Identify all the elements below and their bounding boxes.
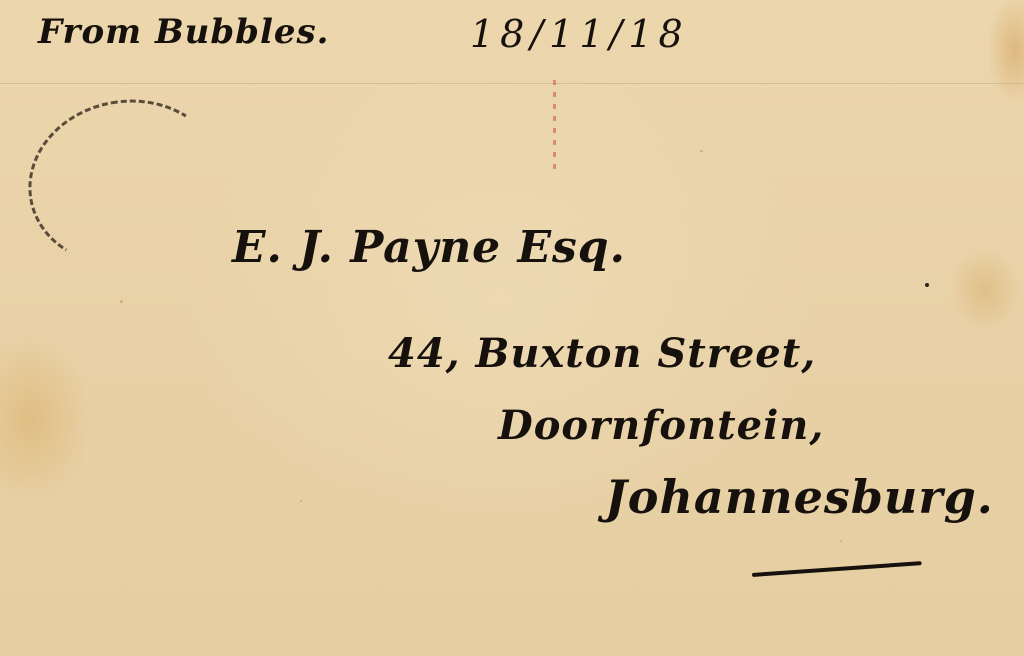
from-line: From Bubbles. xyxy=(38,12,329,52)
street-address: 44, Buxton Street, xyxy=(388,330,816,377)
suburb: Doornfontein, xyxy=(498,402,824,449)
recipient-name: E. J. Payne Esq. xyxy=(232,222,626,273)
date: 18/11/18 xyxy=(470,12,689,56)
faded-postmark xyxy=(15,84,237,282)
paper-speck xyxy=(300,500,302,502)
ink-dot xyxy=(925,283,929,287)
city-underline xyxy=(752,561,922,577)
red-ink-marks xyxy=(553,80,556,170)
paper-speck xyxy=(700,150,703,152)
paper-speck xyxy=(840,540,842,542)
postcard: From Bubbles. 18/11/18 E. J. Payne Esq. … xyxy=(0,0,1024,656)
city: Johannesburg. xyxy=(605,470,994,524)
paper-speck xyxy=(120,300,123,303)
fold-crease xyxy=(0,83,1024,84)
